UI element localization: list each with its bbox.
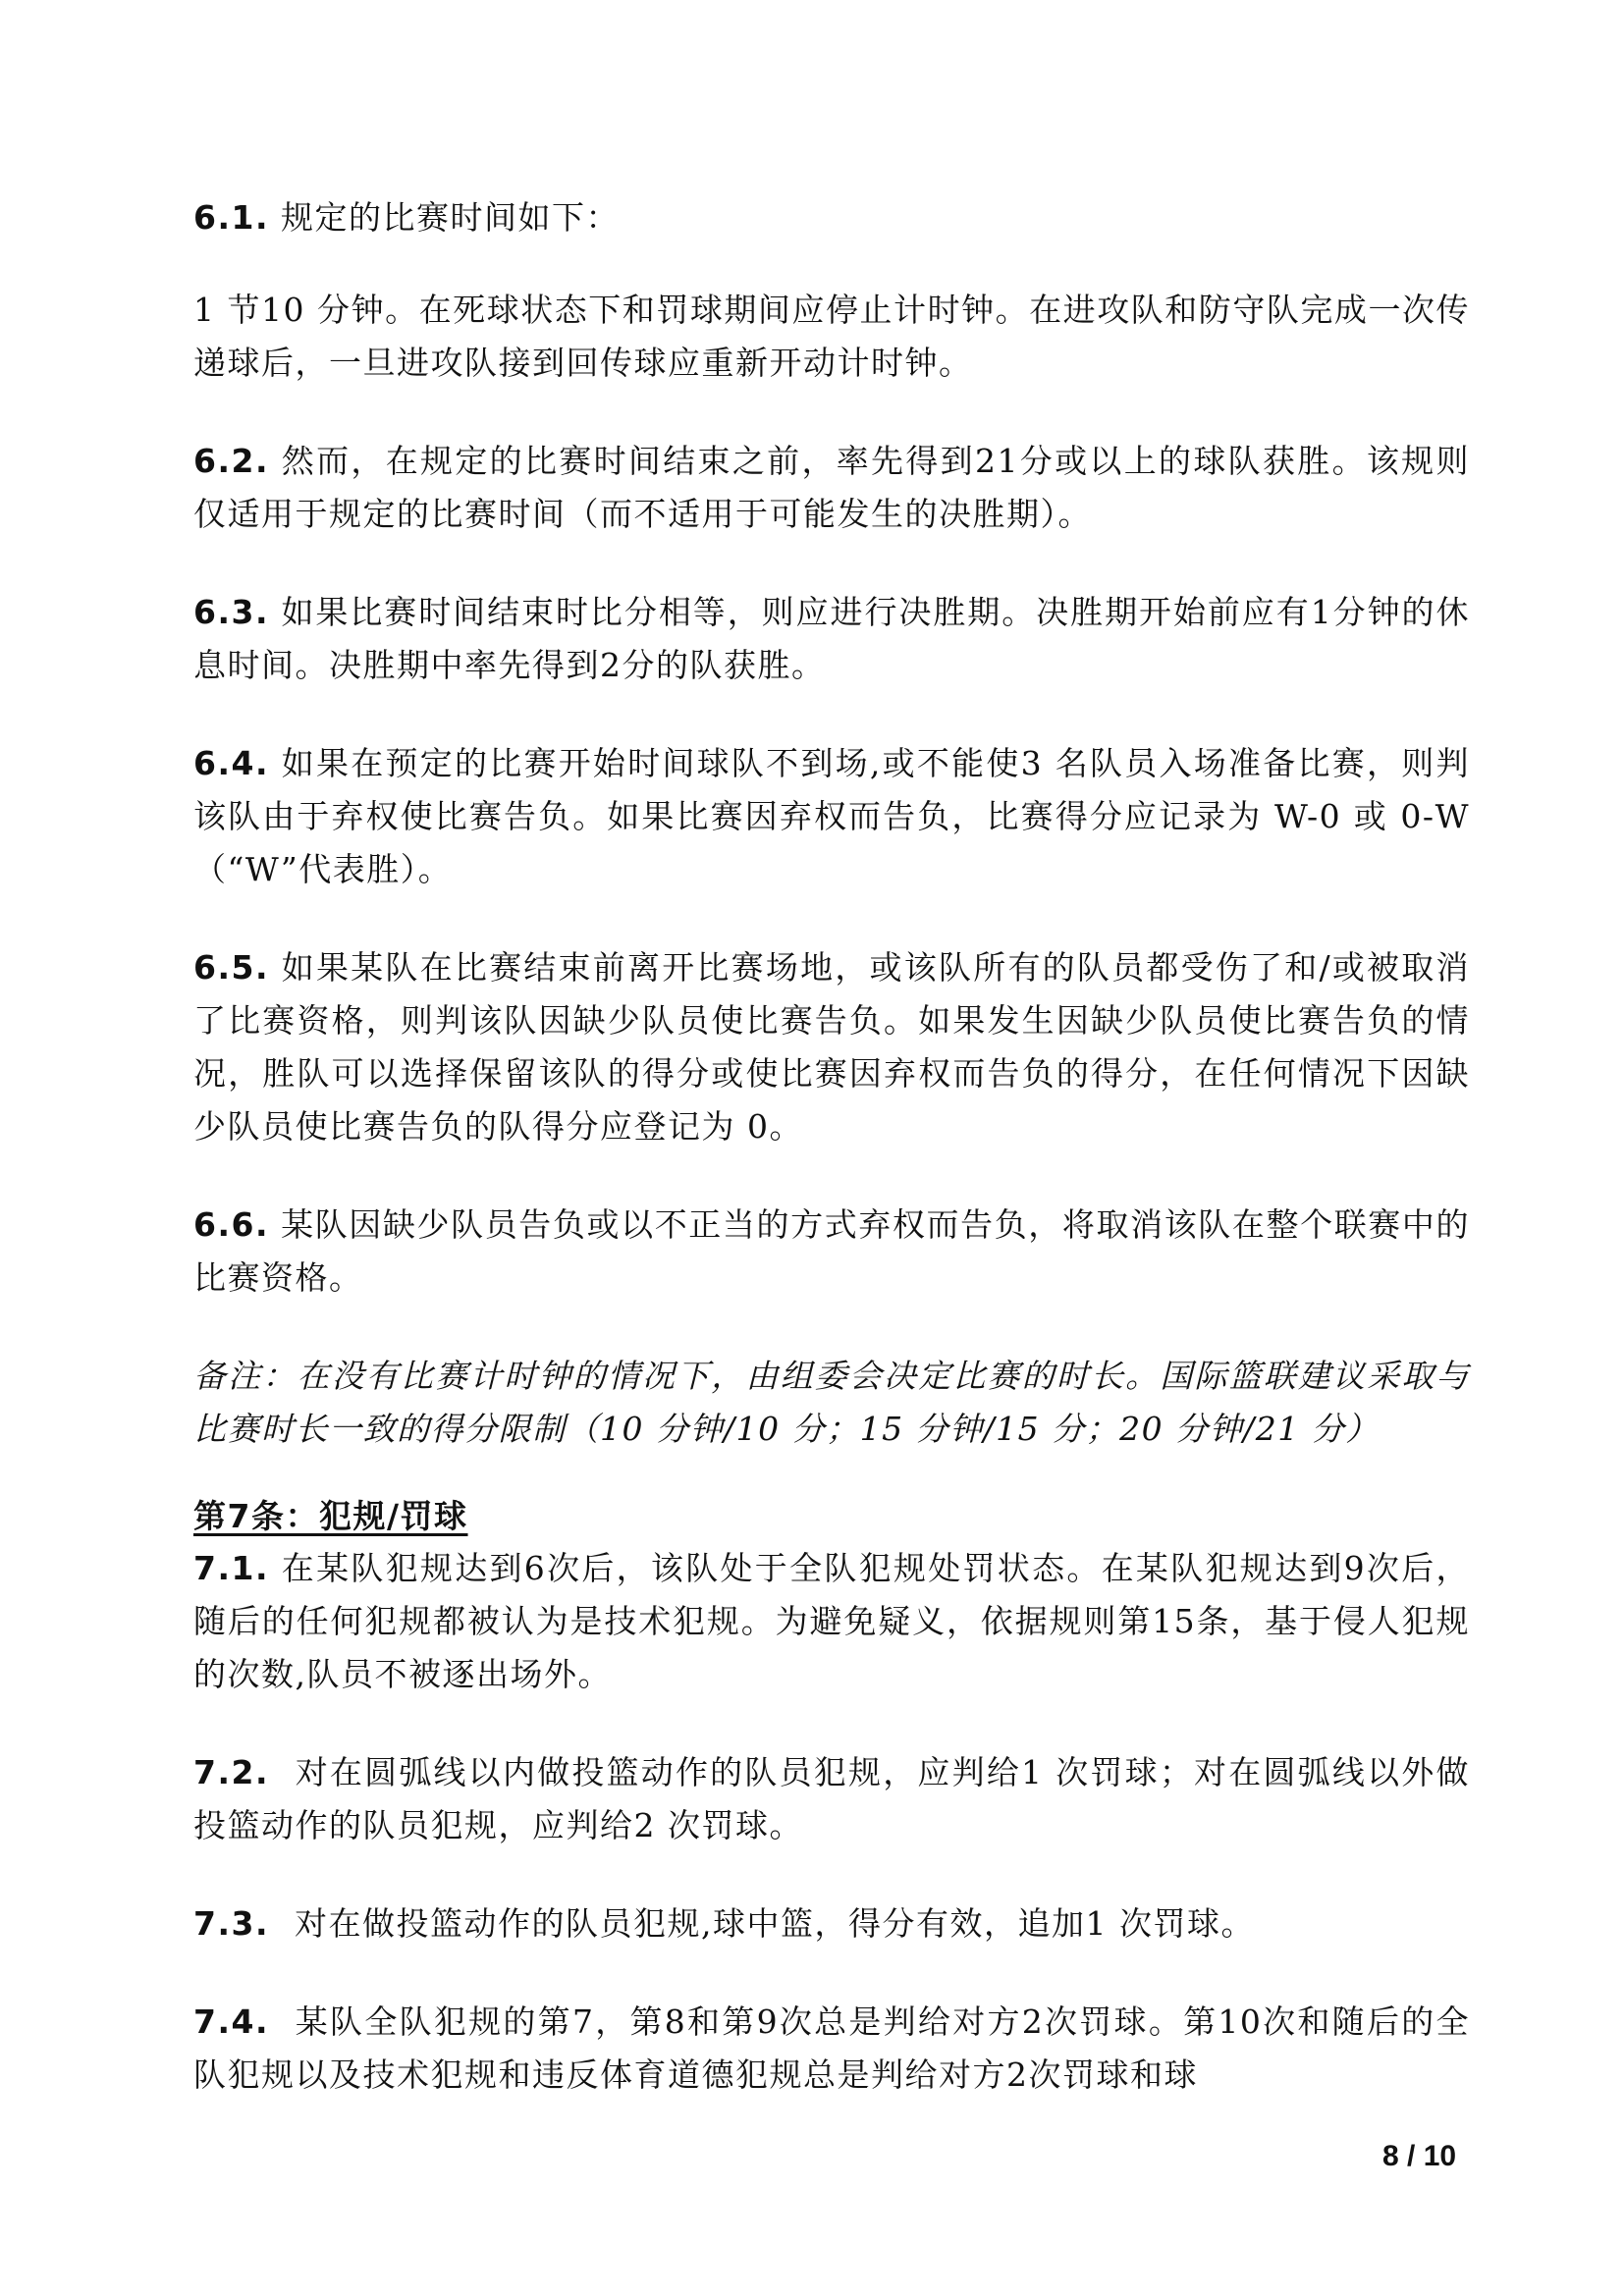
clause-number: 6.6. <box>193 1205 269 1244</box>
document-page: 6.1.规定的比赛时间如下： 1 节10 分钟。在死球状态下和罚球期间应停止计时… <box>0 0 1624 2296</box>
paragraph-6-6: 6.6.某队因缺少队员告负或以不正当的方式弃权而告负，将取消该队在整个联赛中的比… <box>193 1199 1470 1305</box>
paragraph-6-2: 6.2.然而，在规定的比赛时间结束之前，率先得到21分或以上的球队获胜。该规则仅… <box>193 435 1470 541</box>
paragraph-7-2: 7.2.对在圆弧线以内做投篮动作的队员犯规，应判给1 次罚球；对在圆弧线以外做投… <box>193 1746 1470 1852</box>
clause-text: 如果在预定的比赛开始时间球队不到场,或不能使3 名队员入场准备比赛，则判该队由于… <box>193 744 1470 888</box>
clause-number: 6.2. <box>193 442 269 480</box>
page-number: 8 / 10 <box>1382 2140 1456 2173</box>
paragraph-7-1: 7.1.在某队犯规达到6次后，该队处于全队犯规处罚状态。在某队犯规达到9次后，随… <box>193 1542 1470 1701</box>
paragraph-6-1: 6.1.规定的比赛时间如下： <box>193 191 1470 244</box>
clause-number: 6.3. <box>193 593 269 631</box>
clause-number: 6.4. <box>193 744 269 782</box>
clause-text: 某队全队犯规的第7，第8和第9次总是判给对方2次罚球。第10次和随后的全队犯规以… <box>193 2002 1470 2094</box>
clause-text: 对在圆弧线以内做投篮动作的队员犯规，应判给1 次罚球；对在圆弧线以外做投篮动作的… <box>193 1753 1470 1844</box>
clause-number: 7.4. <box>193 2002 269 2041</box>
paragraph-6-3: 6.3.如果比赛时间结束时比分相等，则应进行决胜期。决胜期开始前应有1分钟的休息… <box>193 586 1470 692</box>
clause-number: 6.5. <box>193 948 269 987</box>
paragraph-6-4: 6.4.如果在预定的比赛开始时间球队不到场,或不能使3 名队员入场准备比赛，则判… <box>193 737 1470 896</box>
clause-number: 6.1. <box>193 198 269 237</box>
clause-text: 然而，在规定的比赛时间结束之前，率先得到21分或以上的球队获胜。该规则仅适用于规… <box>193 442 1470 533</box>
page-content: 6.1.规定的比赛时间如下： 1 节10 分钟。在死球状态下和罚球期间应停止计时… <box>193 191 1470 2147</box>
clause-number: 7.2. <box>193 1753 269 1791</box>
paragraph-6-1-body: 1 节10 分钟。在死球状态下和罚球期间应停止计时钟。在进攻队和防守队完成一次传… <box>193 284 1470 390</box>
clause-text: 某队因缺少队员告负或以不正当的方式弃权而告负，将取消该队在整个联赛中的比赛资格。 <box>193 1205 1470 1297</box>
paragraph-7-3: 7.3.对在做投篮动作的队员犯规,球中篮，得分有效，追加1 次罚球。 <box>193 1897 1470 1950</box>
clause-number: 7.3. <box>193 1904 269 1943</box>
clause-text: 1 节10 分钟。在死球状态下和罚球期间应停止计时钟。在进攻队和防守队完成一次传… <box>193 291 1470 382</box>
clause-text: 对在做投篮动作的队员犯规,球中篮，得分有效，追加1 次罚球。 <box>295 1904 1255 1943</box>
clause-text: 在某队犯规达到6次后，该队处于全队犯规处罚状态。在某队犯规达到9次后，随后的任何… <box>193 1549 1470 1693</box>
section-heading-article-7: 第7条：犯规/罚球 <box>193 1491 1470 1542</box>
clause-number: 7.1. <box>193 1549 269 1587</box>
paragraph-6-5: 6.5.如果某队在比赛结束前离开比赛场地，或该队所有的队员都受伤了和/或被取消了… <box>193 941 1470 1153</box>
paragraph-7-4: 7.4.某队全队犯规的第7，第8和第9次总是判给对方2次罚球。第10次和随后的全… <box>193 1996 1470 2102</box>
clause-text: 如果比赛时间结束时比分相等，则应进行决胜期。决胜期开始前应有1分钟的休息时间。决… <box>193 593 1470 684</box>
note-paragraph: 备注：在没有比赛计时钟的情况下，由组委会决定比赛的时长。国际篮联建议采取与比赛时… <box>193 1350 1470 1456</box>
clause-text: 规定的比赛时间如下： <box>281 198 620 237</box>
clause-text: 如果某队在比赛结束前离开比赛场地，或该队所有的队员都受伤了和/或被取消了比赛资格… <box>193 948 1470 1146</box>
